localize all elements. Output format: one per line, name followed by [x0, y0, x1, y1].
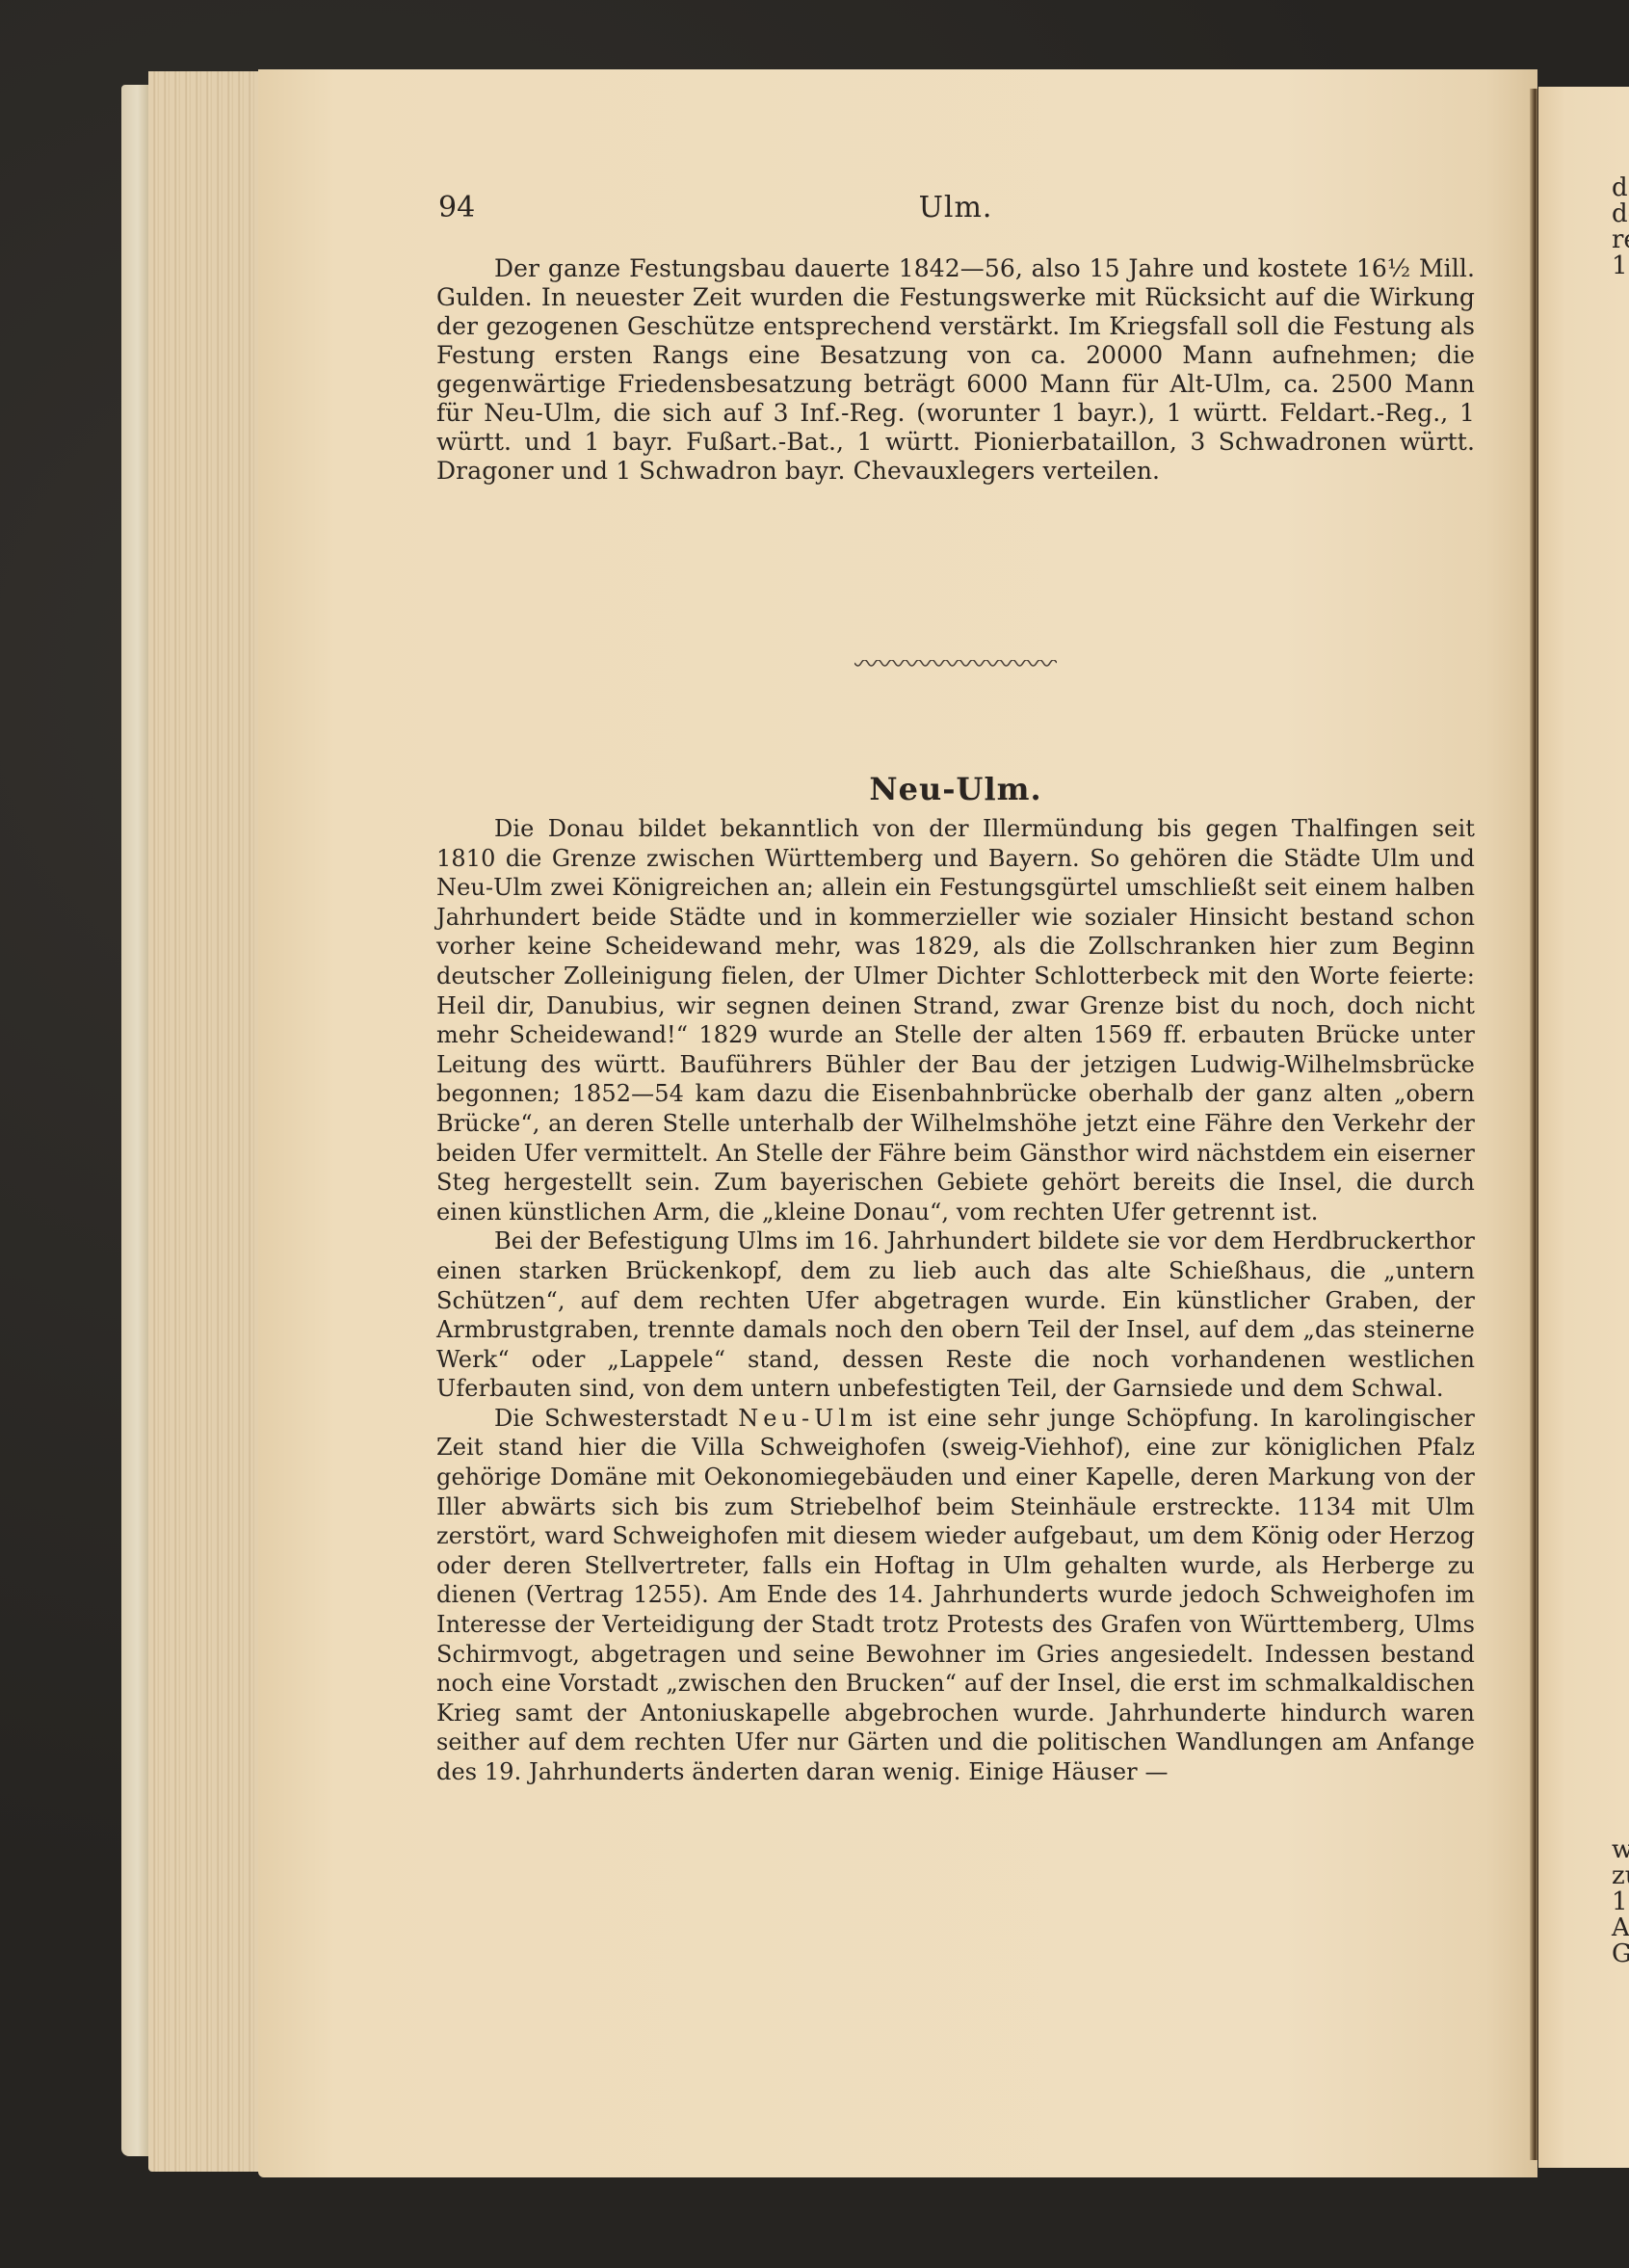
facing-page: da de re 18 w zu 13 A G: [1538, 87, 1629, 2168]
section-heading: Neu-Ulm.: [436, 771, 1475, 807]
paragraph-text: Die Schwesterstadt: [494, 1405, 738, 1432]
running-head-title: Ulm.: [436, 191, 1475, 224]
wavy-rule-ornament: [436, 655, 1475, 673]
facing-page-fragment: w: [1612, 1837, 1629, 1863]
emphasized-place-name: Neu-Ulm: [738, 1405, 877, 1432]
facing-page-fragment: 18: [1612, 253, 1629, 279]
page-block-edges: [148, 71, 259, 2172]
paragraph: Der ganze Festungsbau dauerte 1842—56, a…: [436, 254, 1475, 486]
facing-page-fragment: A: [1612, 1915, 1629, 1941]
section-neu-ulm: Die Donau bildet bekanntlich von der Ill…: [436, 814, 1475, 1787]
wavy-line-icon: [854, 660, 1057, 670]
page-text-area: 94 Ulm. Der ganze Festungsbau dauerte 18…: [436, 173, 1475, 231]
book-cover-edge: [121, 85, 148, 2156]
running-head: 94 Ulm.: [436, 173, 1475, 231]
facing-page-fragment: da: [1612, 175, 1629, 201]
facing-page-fragment: 13: [1612, 1889, 1629, 1915]
facing-page-fragment: re: [1612, 227, 1629, 253]
paragraph: Bei der Befestigung Ulms im 16. Jahrhund…: [436, 1226, 1475, 1404]
section-fortress: Der ganze Festungsbau dauerte 1842—56, a…: [436, 254, 1475, 486]
facing-page-fragment: de: [1612, 201, 1629, 227]
paragraph: Die Schwesterstadt Neu-Ulm ist eine sehr…: [436, 1404, 1475, 1787]
facing-page-fragment: zu: [1612, 1863, 1629, 1889]
paragraph: Die Donau bildet bekanntlich von der Ill…: [436, 814, 1475, 1226]
facing-page-fragment: G: [1612, 1941, 1629, 1967]
paragraph-text: ist eine sehr junge Schöpfung. In karoli…: [436, 1405, 1475, 1785]
